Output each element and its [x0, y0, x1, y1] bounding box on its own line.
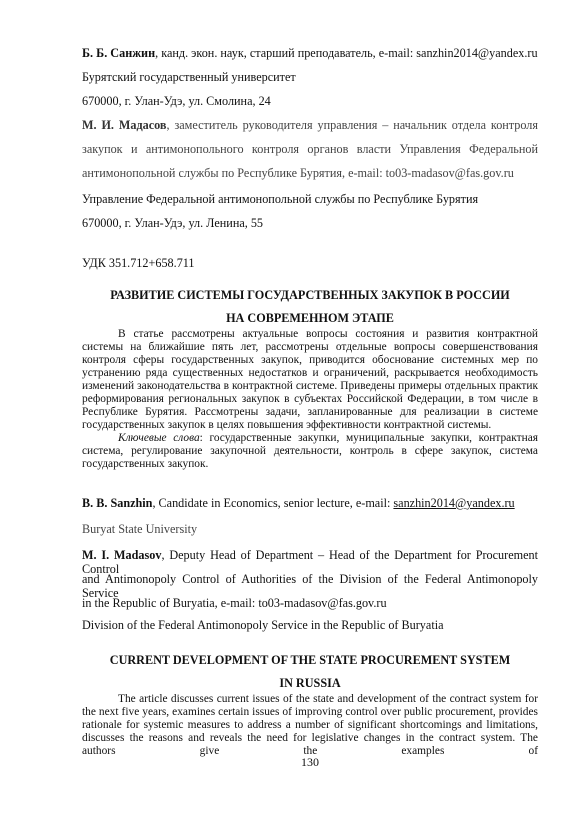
ru-author1-name: Б. Б. Санжин	[82, 46, 155, 60]
ru-author2-line1: М. И. Мадасов, заместитель руководителя …	[82, 118, 538, 132]
en-author1-name: B. B. Sanzhin	[82, 496, 152, 510]
ru-author1-address: 670000, г. Улан-Удэ, ул. Смолина, 24	[82, 94, 271, 108]
ru-keywords: Ключевые слова: государственные закупки,…	[82, 432, 538, 471]
en-title-line1: CURRENT DEVELOPMENT OF THE STATE PROCURE…	[82, 653, 538, 667]
en-author1-details: , Candidate in Economics, senior lecture…	[152, 496, 393, 510]
en-author1-line: B. B. Sanzhin, Candidate in Economics, s…	[82, 496, 515, 510]
ru-author2-line3: антимонопольной службы по Республике Бур…	[82, 166, 514, 180]
ru-author2-details1: , заместитель руководителя управления – …	[167, 118, 539, 132]
ru-title-line2: НА СОВРЕМЕННОМ ЭТАПЕ	[82, 311, 538, 325]
en-author1-affiliation: Buryat State University	[82, 522, 197, 536]
en-abstract: The article discusses current issues of …	[82, 693, 538, 758]
page-number: 130	[82, 755, 538, 770]
ru-author2-line2: закупок и антимонопольного контроля орга…	[82, 142, 538, 156]
ru-title-line1: РАЗВИТИЕ СИСТЕМЫ ГОСУДАРСТВЕННЫХ ЗАКУПОК…	[82, 288, 538, 302]
ru-author2-affiliation: Управление Федеральной антимонопольной с…	[82, 192, 478, 206]
en-author2-affiliation: Division of the Federal Antimonopoly Ser…	[82, 618, 444, 632]
ru-abstract-block: В статье рассмотрены актуальные вопросы …	[82, 328, 538, 471]
ru-author2-address: 670000, г. Улан-Удэ, ул. Ленина, 55	[82, 216, 263, 230]
en-author1-email-link[interactable]: sanzhin2014@yandex.ru	[393, 496, 514, 510]
ru-author1-details: , канд. экон. наук, старший преподавател…	[155, 46, 537, 60]
en-author2-line3: in the Republic of Buryatia, e-mail: to0…	[82, 596, 387, 610]
en-author2-name: M. I. Madasov	[82, 548, 161, 562]
ru-abstract: В статье рассмотрены актуальные вопросы …	[82, 328, 538, 432]
en-abstract-block: The article discusses current issues of …	[82, 693, 538, 758]
en-title-line2: IN RUSSIA	[82, 676, 538, 690]
ru-author2-name: М. И. Мадасов	[82, 118, 167, 132]
ru-author1-line: Б. Б. Санжин, канд. экон. наук, старший …	[82, 46, 538, 60]
udc-code: УДК 351.712+658.711	[82, 256, 195, 270]
ru-keywords-label: Ключевые слова	[118, 432, 200, 444]
ru-author1-affiliation: Бурятский государственный университет	[82, 70, 296, 84]
